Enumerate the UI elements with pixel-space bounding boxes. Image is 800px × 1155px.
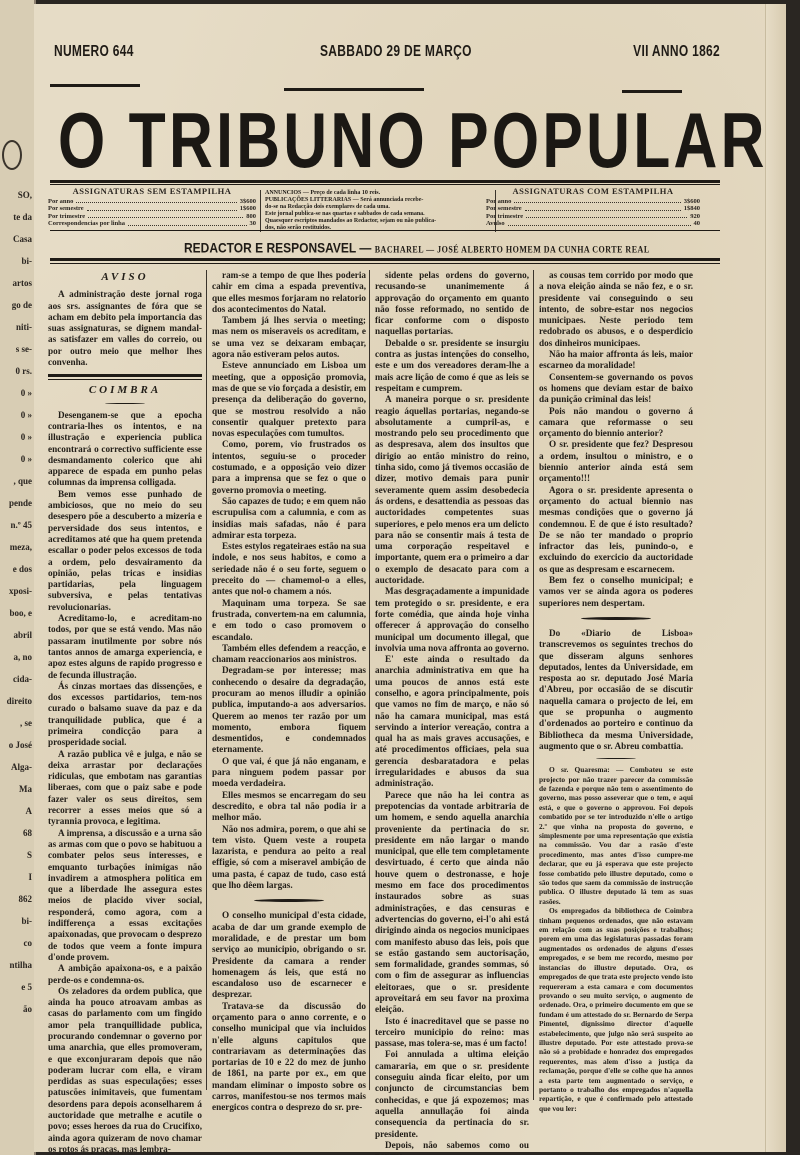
article-paragraph: ram-se a tempo de que lhes poderia cahir… bbox=[212, 270, 366, 315]
issue-year: VII ANNO 1862 bbox=[633, 42, 720, 60]
price-value: 40 bbox=[694, 220, 701, 228]
leader-dots bbox=[508, 220, 691, 226]
article-paragraph: A imprensa, a discussão e a urna são as … bbox=[48, 828, 202, 964]
article-paragraph: Os zeladores da ordem publica, que ainda… bbox=[48, 986, 202, 1155]
redactor-line: REDACTOR E RESPONSAVEL — BACHAREL — JOSÉ… bbox=[184, 240, 650, 256]
announcements: ANNUNCIOS — Preço de cada linha 10 reis.… bbox=[260, 190, 496, 232]
text-fragment: direito bbox=[7, 696, 32, 707]
price-row: Por anno3$600 bbox=[486, 198, 700, 206]
article-paragraph: Tratava-se da discussão do orçamento par… bbox=[212, 1001, 366, 1114]
leader-dots bbox=[76, 198, 236, 204]
text-fragment: ntilha bbox=[9, 960, 32, 971]
leader-dots bbox=[514, 198, 680, 204]
rule bbox=[50, 258, 720, 261]
text-fragment: Alga- bbox=[11, 762, 32, 773]
rule bbox=[622, 90, 682, 93]
text-fragment: bi- bbox=[21, 256, 32, 267]
column-divider bbox=[533, 270, 534, 1100]
text-fragment: meza, bbox=[10, 542, 32, 553]
article-paragraph: O que vai, é que já não enganam, e para … bbox=[212, 756, 366, 790]
ornament-rule bbox=[581, 617, 651, 620]
announcement-line: PUBLICAÇÕES LITTERARIAS — Será annunciad… bbox=[265, 197, 491, 204]
price-value: 3$600 bbox=[684, 198, 700, 206]
masthead-info: NUMERO 644 SABBADO 29 DE MARÇO VII ANNO … bbox=[50, 44, 720, 66]
rule bbox=[50, 180, 720, 183]
text-fragment: e dos bbox=[13, 564, 32, 575]
price-label: Por trimestre bbox=[48, 213, 85, 221]
text-fragment: go de bbox=[12, 300, 32, 311]
article-paragraph-small: O sr. Quaresma: — Combateu se este proje… bbox=[539, 765, 693, 906]
price-value: 920 bbox=[690, 213, 700, 221]
text-fragment: boo, e bbox=[10, 608, 33, 619]
article-paragraph: O sr. presidente que fez? Despresou a or… bbox=[539, 439, 693, 484]
column-3: sidente pelas ordens do governo, recusan… bbox=[375, 270, 529, 1155]
text-fragment: , se bbox=[20, 718, 32, 729]
article-paragraph: O conselho municipal d'esta cidade, acab… bbox=[212, 910, 366, 1000]
text-fragment: ão bbox=[23, 1004, 32, 1015]
price-value: 800 bbox=[246, 213, 256, 221]
ornament-icon bbox=[2, 140, 22, 170]
ornament-rule bbox=[105, 403, 145, 404]
issue-number: NUMERO 644 bbox=[54, 42, 134, 60]
text-fragment: 0 » bbox=[21, 388, 32, 399]
price-row: Correspondencias por linha30 bbox=[48, 220, 256, 228]
article-paragraph: Como, porem, vio frustrados os intentos,… bbox=[212, 439, 366, 495]
text-fragment: I bbox=[28, 872, 32, 883]
article-paragraph: Do «Diario de Lisboa» transcrevemos os s… bbox=[539, 628, 693, 752]
price-value: 1$840 bbox=[684, 205, 700, 213]
price-row: Por semestre1$600 bbox=[48, 205, 256, 213]
adjacent-page-edge: SO,te daCasabi-artosgo deniti-s se-0 rs.… bbox=[0, 0, 36, 1155]
rule bbox=[50, 263, 720, 264]
article-paragraph: Pois não mandou o governo á camara que r… bbox=[539, 406, 693, 440]
column-divider bbox=[206, 270, 207, 1090]
article-paragraph: A ambição apaixona-os, e a paixão perde-… bbox=[48, 963, 202, 986]
aviso-heading: AVISO bbox=[48, 272, 202, 283]
rule bbox=[50, 184, 720, 185]
text-fragment: artos bbox=[13, 278, 33, 289]
text-fragment: co bbox=[24, 938, 33, 949]
article-paragraph: Depois, não sabemos como ou porque bbox=[375, 1140, 529, 1155]
article-paragraph: Maquinam uma torpeza. Se sae frustrada, … bbox=[212, 598, 366, 643]
price-row: Avulso40 bbox=[486, 220, 700, 228]
article-paragraph: as cousas tem corrido por modo que a nov… bbox=[539, 270, 693, 349]
text-fragment: n.º 45 bbox=[11, 520, 32, 531]
price-label: Por anno bbox=[486, 198, 511, 206]
price-value: 3$600 bbox=[240, 198, 256, 206]
text-fragment: pende bbox=[9, 498, 32, 509]
newspaper-page: NUMERO 644 SABBADO 29 DE MARÇO VII ANNO … bbox=[34, 4, 786, 1152]
article-paragraph: Desenganem-se que a epocha contraria-lhe… bbox=[48, 410, 202, 489]
article-paragraph: sidente pelas ordens do governo, recusan… bbox=[375, 270, 529, 338]
text-fragment: A bbox=[26, 806, 33, 817]
article-paragraph: Agora o sr. presidente apresenta o orçam… bbox=[539, 485, 693, 575]
text-fragment: bi- bbox=[21, 916, 32, 927]
text-fragment: xposi- bbox=[9, 586, 32, 597]
text-fragment: cida- bbox=[13, 674, 32, 685]
text-fragment: 0 » bbox=[21, 410, 32, 421]
subscriptions-heading: ASSIGNATURAS COM ESTAMPILHA bbox=[486, 188, 700, 196]
text-fragment: S bbox=[27, 850, 32, 861]
price-label: Correspondencias por linha bbox=[48, 220, 125, 228]
article-paragraph: Bem vemos esse punhado de ambiciosos, qu… bbox=[48, 489, 202, 613]
subscriptions-heading: ASSIGNATURAS SEM ESTAMPILHA bbox=[48, 188, 256, 196]
column-divider bbox=[369, 270, 370, 1090]
article-paragraph: Isto é inacreditavel que se passe no ter… bbox=[375, 1016, 529, 1050]
text-fragment: a, no bbox=[13, 652, 32, 663]
article-paragraph: Esteve annunciado em Lisboa um meeting, … bbox=[212, 360, 366, 439]
article-paragraph: Foi annulada a ultima eleição camararia,… bbox=[375, 1049, 529, 1139]
subscriptions-with-stamp: ASSIGNATURAS COM ESTAMPILHA Por anno3$60… bbox=[486, 188, 700, 228]
leader-dots bbox=[88, 213, 243, 219]
article-paragraph: Parece que não ha lei contra as prepoten… bbox=[375, 790, 529, 1016]
text-fragment: abril bbox=[13, 630, 32, 641]
text-fragment: te da bbox=[13, 212, 32, 223]
leader-dots bbox=[128, 220, 246, 226]
price-label: Avulso bbox=[486, 220, 505, 228]
text-fragment: SO, bbox=[18, 190, 32, 201]
article-paragraph: Bem fez o conselho municipal; e vamos ve… bbox=[539, 575, 693, 609]
article-paragraph: Não ha maior affronta ás leis, maior esc… bbox=[539, 349, 693, 372]
article-paragraph: E' este ainda o resultado da anarchia ad… bbox=[375, 654, 529, 790]
column-1: AVISO A administração deste jornal roga … bbox=[48, 270, 202, 1155]
redactor-label: REDACTOR E RESPONSAVEL — bbox=[184, 240, 371, 256]
rule bbox=[50, 84, 140, 87]
issue-date: SABBADO 29 DE MARÇO bbox=[320, 42, 472, 60]
article-paragraph: Mas desgraçadamente a impunidade tem pro… bbox=[375, 586, 529, 654]
text-fragment: Ma bbox=[19, 784, 32, 795]
text-fragment: s se- bbox=[16, 344, 32, 355]
page-edge bbox=[765, 4, 786, 1152]
newspaper-title: O TRIBUNO POPULAR bbox=[58, 104, 706, 178]
price-value: 1$600 bbox=[240, 205, 256, 213]
article-paragraph: Tambem já lhes servia o meeting; mas nem… bbox=[212, 315, 366, 360]
coimbra-heading: COIMBRA bbox=[48, 385, 202, 396]
article-paragraph-small: Os empregados da bibliotheca de Coimbra … bbox=[539, 906, 693, 1113]
announcement-line: Este jornal publica-se nas quartas e sab… bbox=[265, 211, 491, 218]
text-fragment: Casa bbox=[13, 234, 32, 245]
text-fragment: 862 bbox=[19, 894, 33, 905]
announcement-line: Quaesquer escriptos mandados ao Redactor… bbox=[265, 218, 491, 225]
article-paragraph: Não nos admira, porem, o que ahi se tem … bbox=[212, 824, 366, 892]
leader-dots bbox=[525, 205, 681, 211]
column-4: as cousas tem corrido por modo que a nov… bbox=[539, 270, 693, 1113]
aviso-text: A administração deste jornal roga aos sr… bbox=[48, 289, 202, 368]
text-fragment: e 5 bbox=[21, 982, 32, 993]
article-paragraph: Também elles defendem a reacção, e chama… bbox=[212, 643, 366, 666]
price-label: Por semestre bbox=[486, 205, 522, 213]
article-paragraph: Ás cinzas mortaes das dissenções, e dos … bbox=[48, 681, 202, 749]
ornament-rule bbox=[596, 758, 636, 759]
text-fragment: 0 rs. bbox=[16, 366, 33, 377]
rule bbox=[48, 374, 202, 377]
article-paragraph: Consentem-se governando os povos os home… bbox=[539, 372, 693, 406]
price-row: Por trimestre800 bbox=[48, 213, 256, 221]
ornament-rule bbox=[254, 899, 324, 902]
announcement-line: do-se na Redacção dois exemplares de cad… bbox=[265, 204, 491, 211]
announcement-line: ANNUNCIOS — Preço de cada linha 10 reis. bbox=[265, 190, 491, 197]
text-fragment: niti- bbox=[16, 322, 32, 333]
redactor-name: BACHAREL — JOSÉ ALBERTO HOMEM DA CUNHA C… bbox=[375, 245, 650, 255]
price-row: Por anno3$600 bbox=[48, 198, 256, 206]
column-2: ram-se a tempo de que lhes poderia cahir… bbox=[212, 270, 366, 1114]
article-paragraph: São capazes de tudo; e em quem não escru… bbox=[212, 496, 366, 541]
text-fragment: , que bbox=[13, 476, 32, 487]
price-label: Por semestre bbox=[48, 205, 84, 213]
article-paragraph: Estes estylos regateiraes estão na sua i… bbox=[212, 541, 366, 597]
text-fragment: 68 bbox=[23, 828, 32, 839]
price-value: 30 bbox=[250, 220, 257, 228]
leader-dots bbox=[87, 205, 237, 211]
text-fragment: 0 » bbox=[21, 454, 32, 465]
article-paragraph: Degradam-se por interesse; mas conhecend… bbox=[212, 665, 366, 755]
text-fragment: 0 » bbox=[21, 432, 32, 443]
article-paragraph: A maneira porque o sr. presidente reagio… bbox=[375, 394, 529, 586]
article-paragraph: Debalde o sr. presidente se insurgiu con… bbox=[375, 338, 529, 394]
text-fragment: o José bbox=[9, 740, 32, 751]
price-row: Por semestre1$840 bbox=[486, 205, 700, 213]
article-paragraph: Acreditamo-lo, e acreditam-no todos, por… bbox=[48, 613, 202, 681]
price-label: Por anno bbox=[48, 198, 73, 206]
subscriptions-without-stamp: ASSIGNATURAS SEM ESTAMPILHA Por anno3$60… bbox=[48, 188, 256, 228]
article-paragraph: A razão publica vê e julga, e não se dei… bbox=[48, 749, 202, 828]
rule bbox=[284, 88, 424, 91]
rule bbox=[50, 230, 720, 231]
leader-dots bbox=[526, 213, 687, 219]
article-paragraph: Elles mesmos se encarregam do seu descre… bbox=[212, 790, 366, 824]
price-row: Por trimestre920 bbox=[486, 213, 700, 221]
price-label: Por trimestre bbox=[486, 213, 523, 221]
